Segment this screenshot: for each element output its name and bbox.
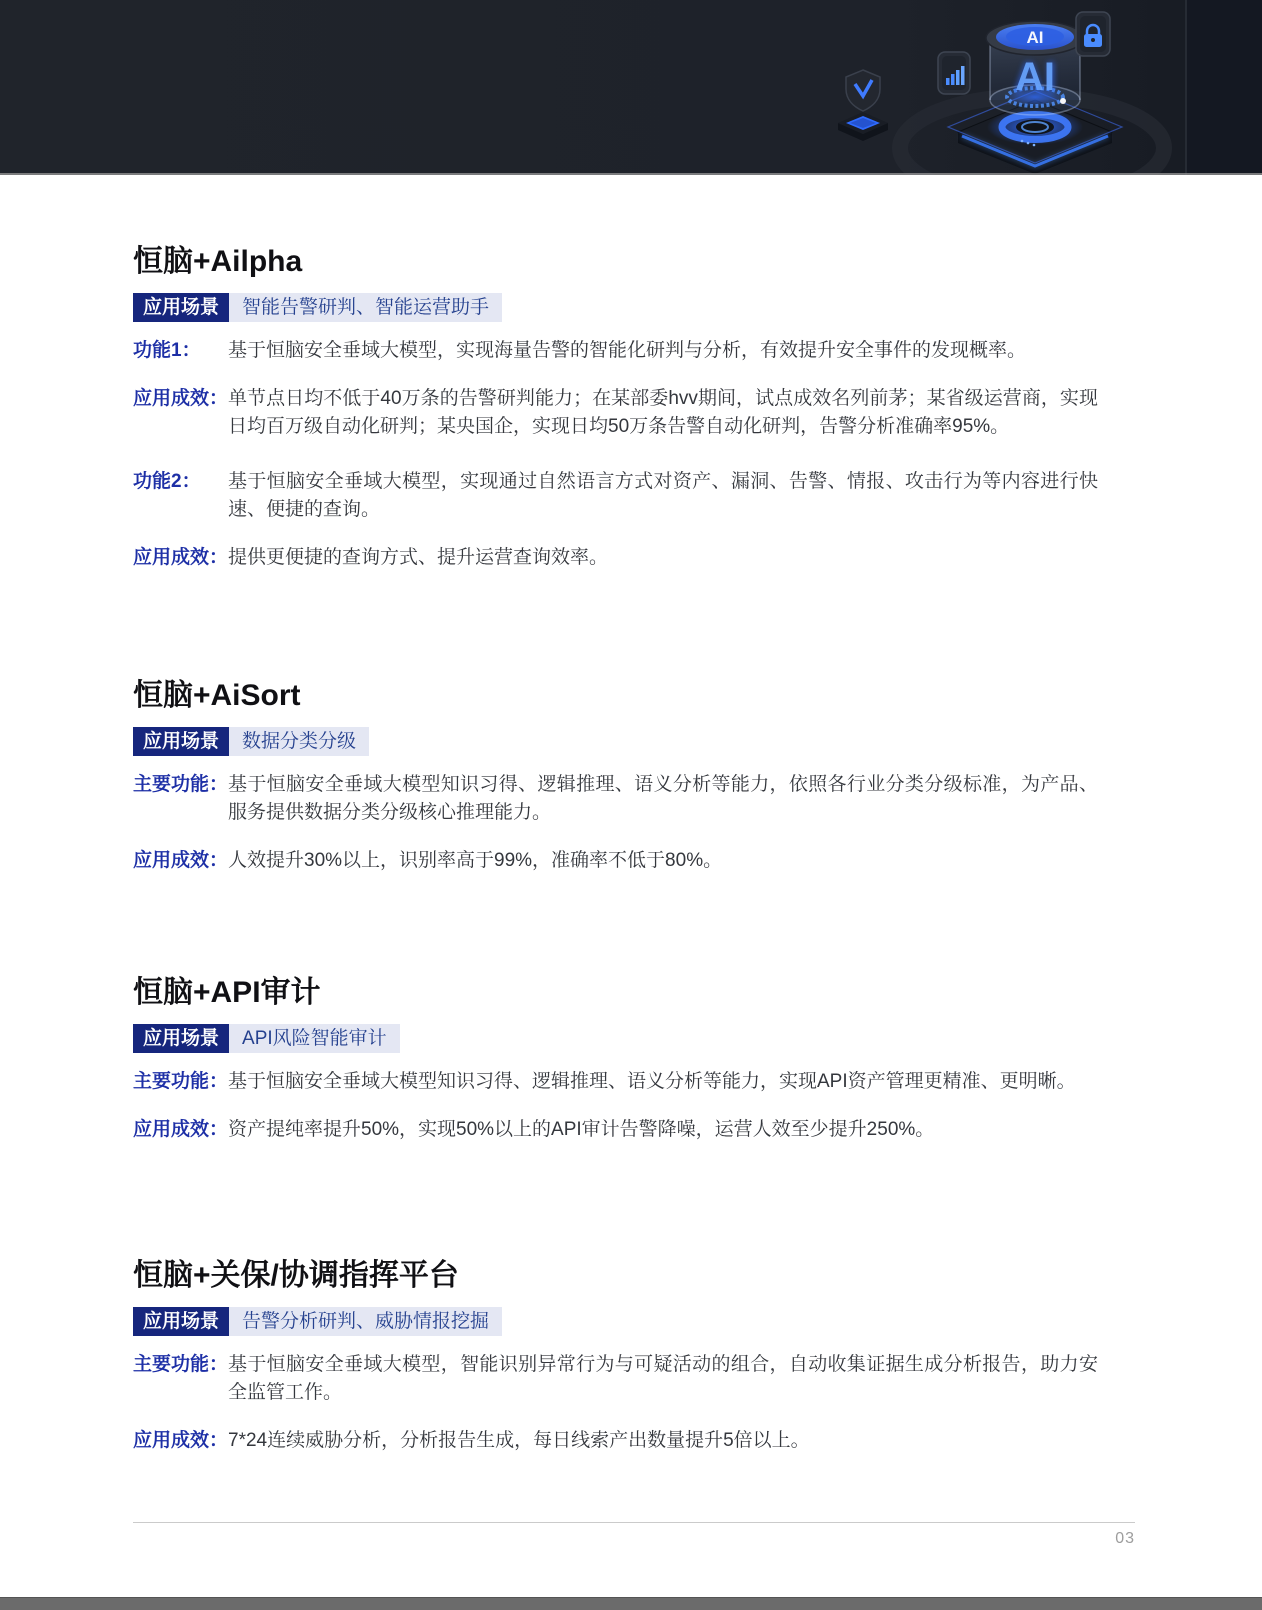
info-text: 基于恒脑安全垂域大模型，实现海量告警的智能化研判与分析，有效提升安全事件的发现概… xyxy=(228,337,1098,365)
info-text: 单节点日均不低于40万条的告警研判能力；在某部委hvv期间，试点成效名列前茅；某… xyxy=(228,385,1098,441)
info-text: 提供更便捷的查询方式、提升运营查询效率。 xyxy=(228,544,1098,572)
info-text: 人效提升30%以上，识别率高于99%，准确率不低于80%。 xyxy=(228,847,1098,875)
info-text: 基于恒脑安全垂域大模型，实现通过自然语言方式对资产、漏洞、告警、情报、攻击行为等… xyxy=(228,468,1098,524)
info-label: 应用成效： xyxy=(133,847,228,875)
info-row: 应用成效： 人效提升30%以上，识别率高于99%，准确率不低于80%。 xyxy=(133,847,1135,875)
info-label: 功能2： xyxy=(133,468,228,496)
info-label: 主要功能： xyxy=(133,771,228,799)
section-api-audit: 恒脑+API审计 应用场景 API风险智能审计 主要功能： 基于恒脑安全垂域大模… xyxy=(133,975,1135,1164)
scenario-row: 应用场景 数据分类分级 xyxy=(133,727,1135,756)
info-label: 应用成效： xyxy=(133,385,228,413)
signal-bars-icon xyxy=(938,52,970,94)
ai-hologram-label: AI xyxy=(1015,55,1055,99)
info-row: 主要功能： 基于恒脑安全垂域大模型，智能识别异常行为与可疑活动的组合，自动收集证… xyxy=(133,1351,1135,1407)
info-text: 基于恒脑安全垂域大模型知识习得、逻辑推理、语义分析等能力，实现API资产管理更精… xyxy=(228,1068,1098,1096)
header-right-panel xyxy=(1186,0,1262,175)
ai-core-3d-illustration: AI AI AI xyxy=(0,0,1262,175)
scenario-value: 告警分析研判、威胁情报挖掘 xyxy=(229,1307,502,1336)
info-row: 功能2： 基于恒脑安全垂域大模型，实现通过自然语言方式对资产、漏洞、告警、情报、… xyxy=(133,468,1135,524)
info-text: 资产提纯率提升50%，实现50%以上的API审计告警降噪，运营人效至少提升250… xyxy=(228,1116,1098,1144)
scenario-row: 应用场景 告警分析研判、威胁情报挖掘 xyxy=(133,1307,1135,1336)
info-text: 7*24连续威胁分析，分析报告生成，每日线索产出数量提升5倍以上。 xyxy=(228,1427,1098,1455)
info-row: 主要功能： 基于恒脑安全垂域大模型知识习得、逻辑推理、语义分析等能力，实现API… xyxy=(133,1068,1135,1096)
info-label: 应用成效： xyxy=(133,544,228,572)
scenario-value: 智能告警研判、智能运营助手 xyxy=(229,293,502,322)
scenario-value: API风险智能审计 xyxy=(229,1024,400,1053)
info-row: 应用成效： 资产提纯率提升50%，实现50%以上的API审计告警降噪，运营人效至… xyxy=(133,1116,1135,1144)
bottom-bar xyxy=(0,1597,1262,1610)
page-header: AI AI AI xyxy=(0,0,1262,175)
info-label: 应用成效： xyxy=(133,1116,228,1144)
scenario-badge: 应用场景 xyxy=(133,1307,229,1336)
scenario-badge: 应用场景 xyxy=(133,727,229,756)
ai-top-disc-icon: AI xyxy=(986,21,1084,55)
info-label: 主要功能： xyxy=(133,1351,228,1379)
section-title: 恒脑+API审计 xyxy=(133,975,1135,1011)
info-text: 基于恒脑安全垂域大模型，智能识别异常行为与可疑活动的组合，自动收集证据生成分析报… xyxy=(228,1351,1098,1407)
lock-icon xyxy=(1076,12,1110,56)
scenario-value: 数据分类分级 xyxy=(229,727,369,756)
scenario-badge: 应用场景 xyxy=(133,293,229,322)
info-row: 主要功能： 基于恒脑安全垂域大模型知识习得、逻辑推理、语义分析等能力，依照各行业… xyxy=(133,771,1135,827)
section-title: 恒脑+关保/协调指挥平台 xyxy=(133,1258,1135,1294)
page-number: 03 xyxy=(133,1530,1135,1548)
section-ailpha: 恒脑+Ailpha 应用场景 智能告警研判、智能运营助手 功能1： 基于恒脑安全… xyxy=(133,244,1135,592)
info-row: 功能1： 基于恒脑安全垂域大模型，实现海量告警的智能化研判与分析，有效提升安全事… xyxy=(133,337,1135,365)
section-title: 恒脑+Ailpha xyxy=(133,244,1135,280)
ai-cylinder-icon: AI AI AI xyxy=(986,21,1084,115)
info-label: 功能1： xyxy=(133,337,228,365)
section-title: 恒脑+AiSort xyxy=(133,678,1135,714)
info-row: 应用成效： 7*24连续威胁分析，分析报告生成，每日线索产出数量提升5倍以上。 xyxy=(133,1427,1135,1455)
document-page: AI AI AI xyxy=(0,0,1262,1610)
header-bottom-edge xyxy=(0,173,1262,175)
info-label: 主要功能： xyxy=(133,1068,228,1096)
info-label: 应用成效： xyxy=(133,1427,228,1455)
scenario-row: 应用场景 API风险智能审计 xyxy=(133,1024,1135,1053)
section-guanbao-platform: 恒脑+关保/协调指挥平台 应用场景 告警分析研判、威胁情报挖掘 主要功能： 基于… xyxy=(133,1258,1135,1475)
footer-divider xyxy=(133,1522,1135,1523)
info-row: 应用成效： 提供更便捷的查询方式、提升运营查询效率。 xyxy=(133,544,1135,572)
info-row: 应用成效： 单节点日均不低于40万条的告警研判能力；在某部委hvv期间，试点成效… xyxy=(133,385,1135,441)
scenario-badge: 应用场景 xyxy=(133,1024,229,1053)
info-text: 基于恒脑安全垂域大模型知识习得、逻辑推理、语义分析等能力，依照各行业分类分级标准… xyxy=(228,771,1098,827)
section-aisort: 恒脑+AiSort 应用场景 数据分类分级 主要功能： 基于恒脑安全垂域大模型知… xyxy=(133,678,1135,895)
scenario-row: 应用场景 智能告警研判、智能运营助手 xyxy=(133,293,1135,322)
ai-disc-label: AI xyxy=(1027,28,1044,47)
